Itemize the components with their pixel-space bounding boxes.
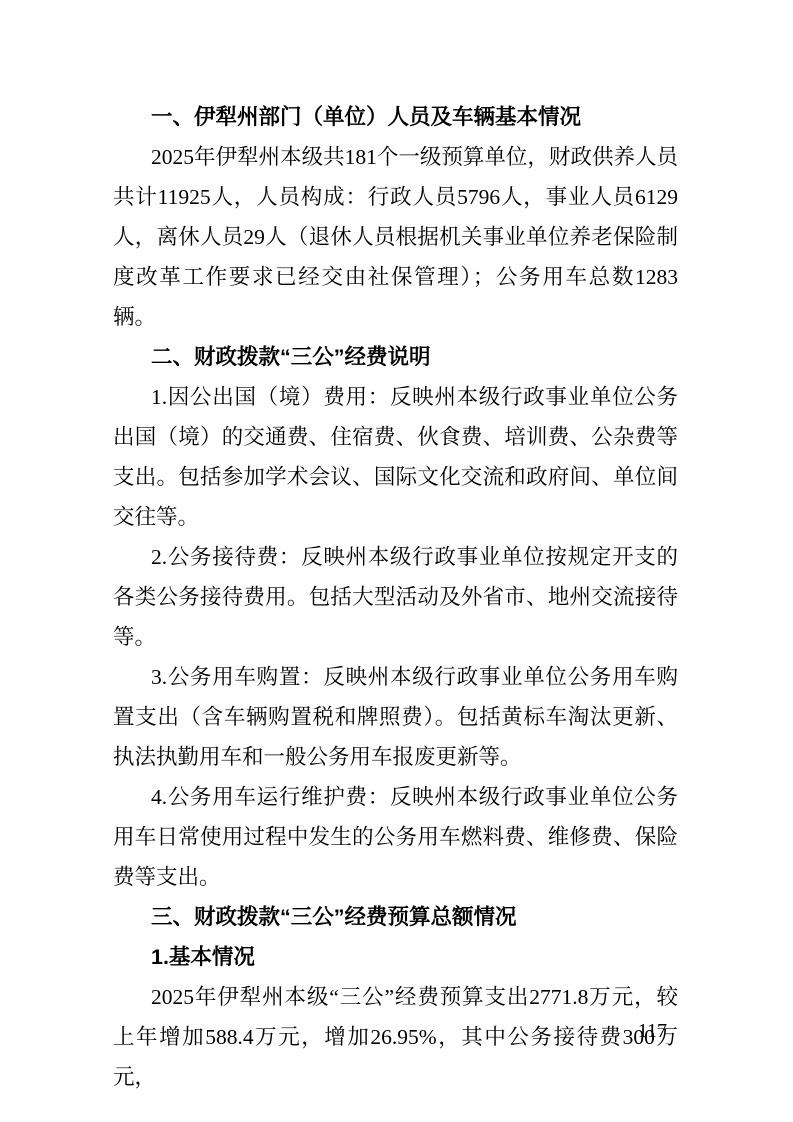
paragraph-budget-total-figures: 2025年伊犁州本级“三公”经费预算支出2771.8万元，较上年增加588.4万… xyxy=(113,977,678,1097)
paragraph-official-reception-expense: 2.公务接待费：反映州本级行政事业单位按规定开支的各类公务接待费用。包括大型活动… xyxy=(113,537,678,657)
section-heading-budget-total: 三、财政拨款“三公”经费预算总额情况 xyxy=(113,897,678,937)
section-heading-three-public-expense-notes: 二、财政拨款“三公”经费说明 xyxy=(113,337,678,377)
paragraph-vehicle-purchase-expense: 3.公务用车购置：反映州本级行政事业单位公务用车购置支出（含车辆购置税和牌照费）… xyxy=(113,657,678,777)
section-heading-personnel-vehicles: 一、伊犁州部门（单位）人员及车辆基本情况 xyxy=(113,97,678,137)
paragraph-overseas-travel-expense: 1.因公出国（境）费用：反映州本级行政事业单位公务出国（境）的交通费、住宿费、伙… xyxy=(113,377,678,537)
paragraph-personnel-vehicles-basics: 2025年伊犁州本级共181个一级预算单位，财政供养人员共计11925人，人员构… xyxy=(113,137,678,337)
subsection-heading-basic-situation: 1.基本情况 xyxy=(113,937,678,977)
paragraph-vehicle-maintenance-expense: 4.公务用车运行维护费：反映州本级行政事业单位公务用车日常使用过程中发生的公务用… xyxy=(113,777,678,897)
page-number: 117 xyxy=(638,1018,667,1044)
document-page: 一、伊犁州部门（单位）人员及车辆基本情况 2025年伊犁州本级共181个一级预算… xyxy=(0,0,793,1122)
